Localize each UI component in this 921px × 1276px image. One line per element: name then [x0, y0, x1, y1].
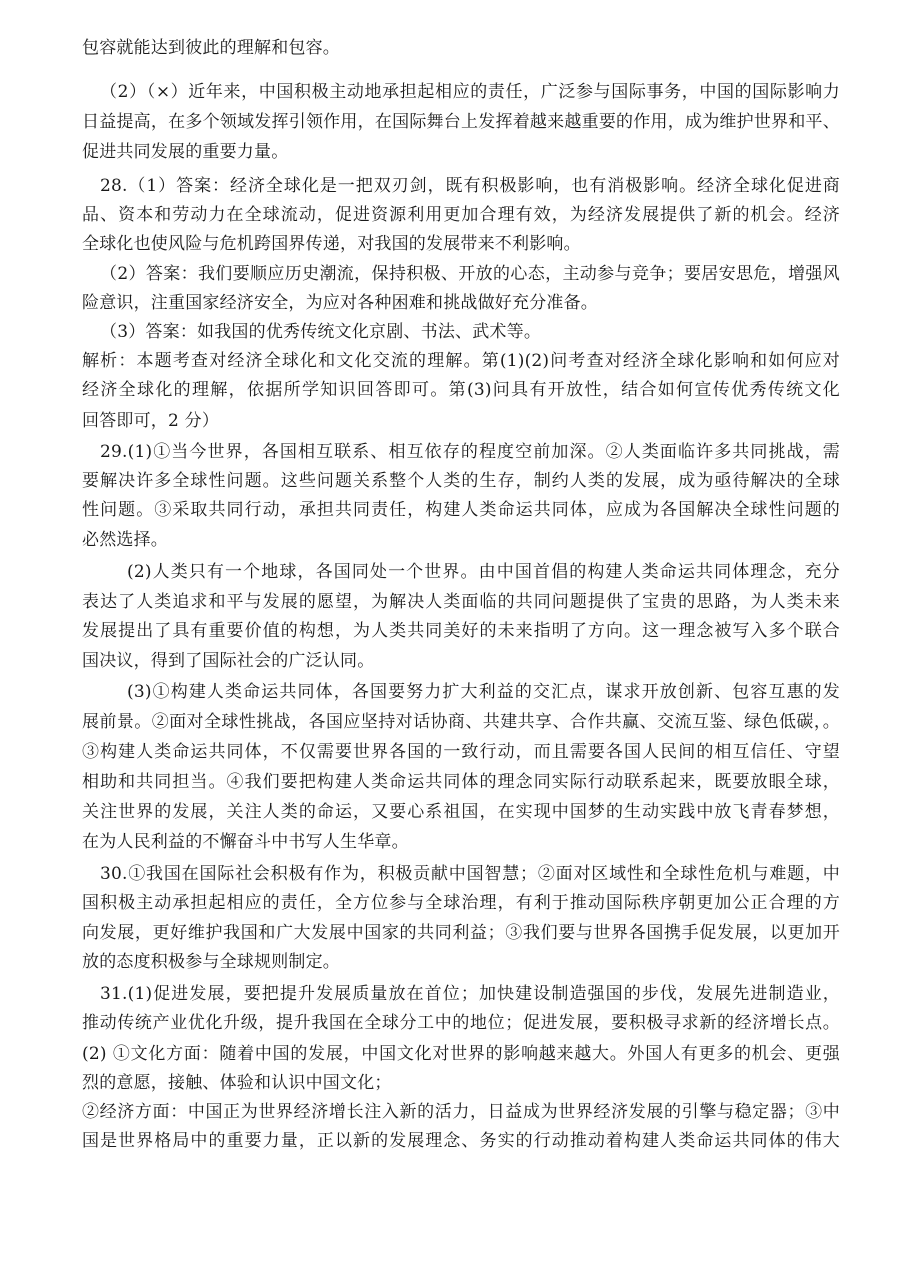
text-line: 必然选择。 — [82, 528, 840, 552]
text-line: 放的态度积极参与全球规则制定。 — [82, 950, 840, 974]
document-page: 包容就能达到彼此的理解和包容。（2）（×）近年来，中国积极主动地承担起相应的责任… — [0, 0, 921, 1276]
text-line: 经济全球化的理解，依据所学知识回答即可。第(3)问具有开放性，结合如何宣传优秀传… — [82, 378, 840, 402]
text-line: （2）（×）近年来，中国积极主动地承担起相应的责任，广泛参与国际事务，中国的国际… — [100, 80, 840, 104]
text-line: （3）答案：如我国的优秀传统文化京剧、书法、武术等。 — [100, 320, 840, 344]
text-line: 险意识，注重国家经济安全，为应对各种困难和挑战做好充分准备。 — [82, 291, 840, 315]
text-line: 品、资本和劳动力在全球流动，促进资源利用更加合理有效，为经济发展提供了新的机会。… — [82, 203, 840, 227]
text-line: 展前景。②面对全球性挑战，各国应坚持对话协商、共建共享、合作共赢、交流互鉴、绿色… — [82, 710, 840, 734]
text-line: 向发展，更好维护我国和广大发展中国家的共同利益；③我们要与世界各国携手促发展，以… — [82, 921, 840, 945]
text-line: 国是世界格局中的重要力量，正以新的发展理念、务实的行动推动着构建人类命运共同体的… — [82, 1129, 840, 1153]
text-line: 相助和共同担当。④我们要把构建人类命运共同体的理念同实际行动联系起来，既要放眼全… — [82, 770, 840, 794]
text-line: (2)人类只有一个地球，各国同处一个世界。由中国首倡的构建人类命运共同体理念，充… — [127, 560, 840, 584]
text-line: 31.(1)促进发展，要把提升发展质量放在首位；加快建设制造强国的步伐，发展先进… — [100, 982, 840, 1006]
text-line: 29.(1)①当今世界，各国相互联系、相互依存的程度空前加深。②人类面临许多共同… — [100, 440, 840, 464]
text-line: 28.（1）答案：经济全球化是一把双刃剑，既有积极影响，也有消极影响。经济全球化… — [100, 174, 840, 198]
text-line: 性问题。③采取共同行动，承担共同责任，构建人类命运共同体，应成为各国解决全球性问… — [82, 498, 840, 522]
text-line: ②经济方面：中国正为世界经济增长注入新的活力，日益成为世界经济发展的引擎与稳定器… — [82, 1100, 840, 1124]
text-line: （2）答案：我们要顺应历史潮流，保持积极、开放的心态，主动参与竞争；要居安思危，… — [100, 262, 840, 286]
text-line: 国积极主动承担起相应的责任，全方位参与全球治理，有利于推动国际秩序朝更加公正合理… — [82, 891, 840, 915]
text-line: 解析：本题考查对经济全球化和文化交流的理解。第(1)(2)问考查对经济全球化影响… — [82, 349, 840, 373]
text-line: 回答即可，2 分） — [82, 409, 840, 433]
text-line: 30.①我国在国际社会积极有作为，积极贡献中国智慧；②面对区域性和全球性危机与难… — [100, 862, 840, 886]
text-line: (2) ①文化方面：随着中国的发展，中国文化对世界的影响越来越大。外国人有更多的… — [82, 1042, 840, 1066]
text-line: 全球化也使风险与危机跨国界传递，对我国的发展带来不利影响。 — [82, 232, 840, 256]
text-line: ③构建人类命运共同体，不仅需要世界各国的一致行动，而且需要各国人民间的相互信任、… — [82, 740, 840, 764]
text-line: 国决议，得到了国际社会的广泛认同。 — [82, 649, 840, 673]
text-line: 推动传统产业优化升级，提升我国在全球分工中的地位；促进发展，要积极寻求新的经济增… — [82, 1011, 840, 1035]
text-line: 促进共同发展的重要力量。 — [82, 140, 840, 164]
text-line: 日益提高，在多个领域发挥引领作用，在国际舞台上发挥着越来越重要的作用，成为维护世… — [82, 110, 840, 134]
text-line: 烈的意愿，接触、体验和认识中国文化； — [82, 1071, 840, 1095]
text-line: 关注世界的发展，关注人类的命运，又要心系祖国，在实现中国梦的生动实践中放飞青春梦… — [82, 800, 840, 824]
text-line: (3)①构建人类命运共同体，各国要努力扩大利益的交汇点，谋求开放创新、包容互惠的… — [127, 680, 840, 704]
text-line: 在为人民利益的不懈奋斗中书写人生华章。 — [82, 830, 840, 854]
text-line: 表达了人类追求和平与发展的愿望，为解决人类面临的共同问题提供了宝贵的思路，为人类… — [82, 590, 840, 614]
text-line: 要解决许多全球性问题。这些问题关系整个人类的生存，制约人类的发展，成为亟待解决的… — [82, 469, 840, 493]
text-line: 发展提出了具有重要价值的构想，为人类共同美好的未来指明了方向。这一理念被写入多个… — [82, 619, 840, 643]
text-line: 包容就能达到彼此的理解和包容。 — [82, 36, 840, 60]
